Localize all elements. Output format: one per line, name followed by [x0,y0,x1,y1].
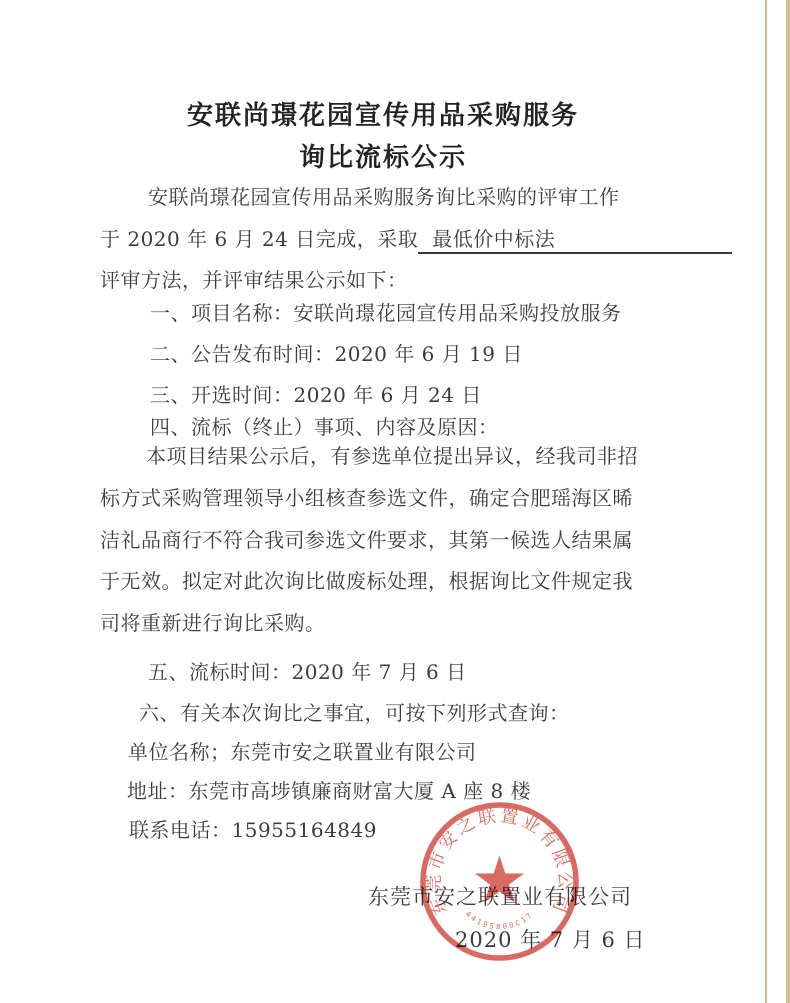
contact-company-name: 单位名称；东莞市安之联置业有限公司 [128,739,477,765]
signature-company: 东莞市安之联置业有限公司 [368,881,632,911]
reason-line-5: 司将重新进行询比采购。 [100,610,326,636]
item-1-project-name: 一、项目名称：安联尚璟花园宣传用品采购投放服务 [150,300,622,326]
intro-line-2-prefix: 于 2020 年 6 月 24 日完成，采取 [100,226,418,252]
item-2-announce-date: 二、公告发布时间：2020 年 6 月 19 日 [150,341,523,367]
document-title-line1: 安联尚璟花园宣传用品采购服务 [0,95,766,132]
scanned-document-page: 安联尚璟花园宣传用品采购服务 询比流标公示 安联尚璟花园宣传用品采购服务询比采购… [0,0,790,1003]
signature-date: 2020 年 7 月 6 日 [455,924,646,954]
scan-edge-strip [786,0,790,1003]
item-5-fail-date: 五、流标时间：2020 年 7 月 6 日 [148,659,467,685]
intro-line-2: 于 2020 年 6 月 24 日完成，采取 最低价中标法 [100,226,732,254]
item-3-open-date: 三、开选时间：2020 年 6 月 24 日 [150,382,482,408]
reason-line-3: 洁礼品商行不符合我司参选文件要求，其第一候选人结果属 [100,527,633,553]
reason-line-1: 本项目结果公示后，有参选单位提出异议，经我司非招 [146,443,638,469]
reason-line-2: 标方式采购管理领导小组核查参选文件，确定合肥瑶海区晞 [100,485,633,511]
method-underlined-value: 最低价中标法 [418,226,732,254]
intro-line-3: 评审方法，并评审结果公示如下： [100,267,408,293]
item-6-inquiry-heading: 六、有关本次询比之事宜，可按下列形式查询： [139,700,570,726]
intro-line-1: 安联尚璟花园宣传用品采购服务询比采购的评审工作 [148,184,620,210]
item-4-reason-heading: 四、流标（终止）事项、内容及原因： [150,414,499,440]
contact-phone: 联系电话：15955164849 [129,817,377,843]
document-title-line2: 询比流标公示 [0,137,766,174]
reason-line-4: 于无效。拟定对此次询比做废标处理，根据询比文件规定我 [100,568,633,594]
contact-address: 地址：东莞市高埗镇廉商财富大厦 A 座 8 楼 [127,778,531,804]
scan-edge-line [765,0,767,1003]
